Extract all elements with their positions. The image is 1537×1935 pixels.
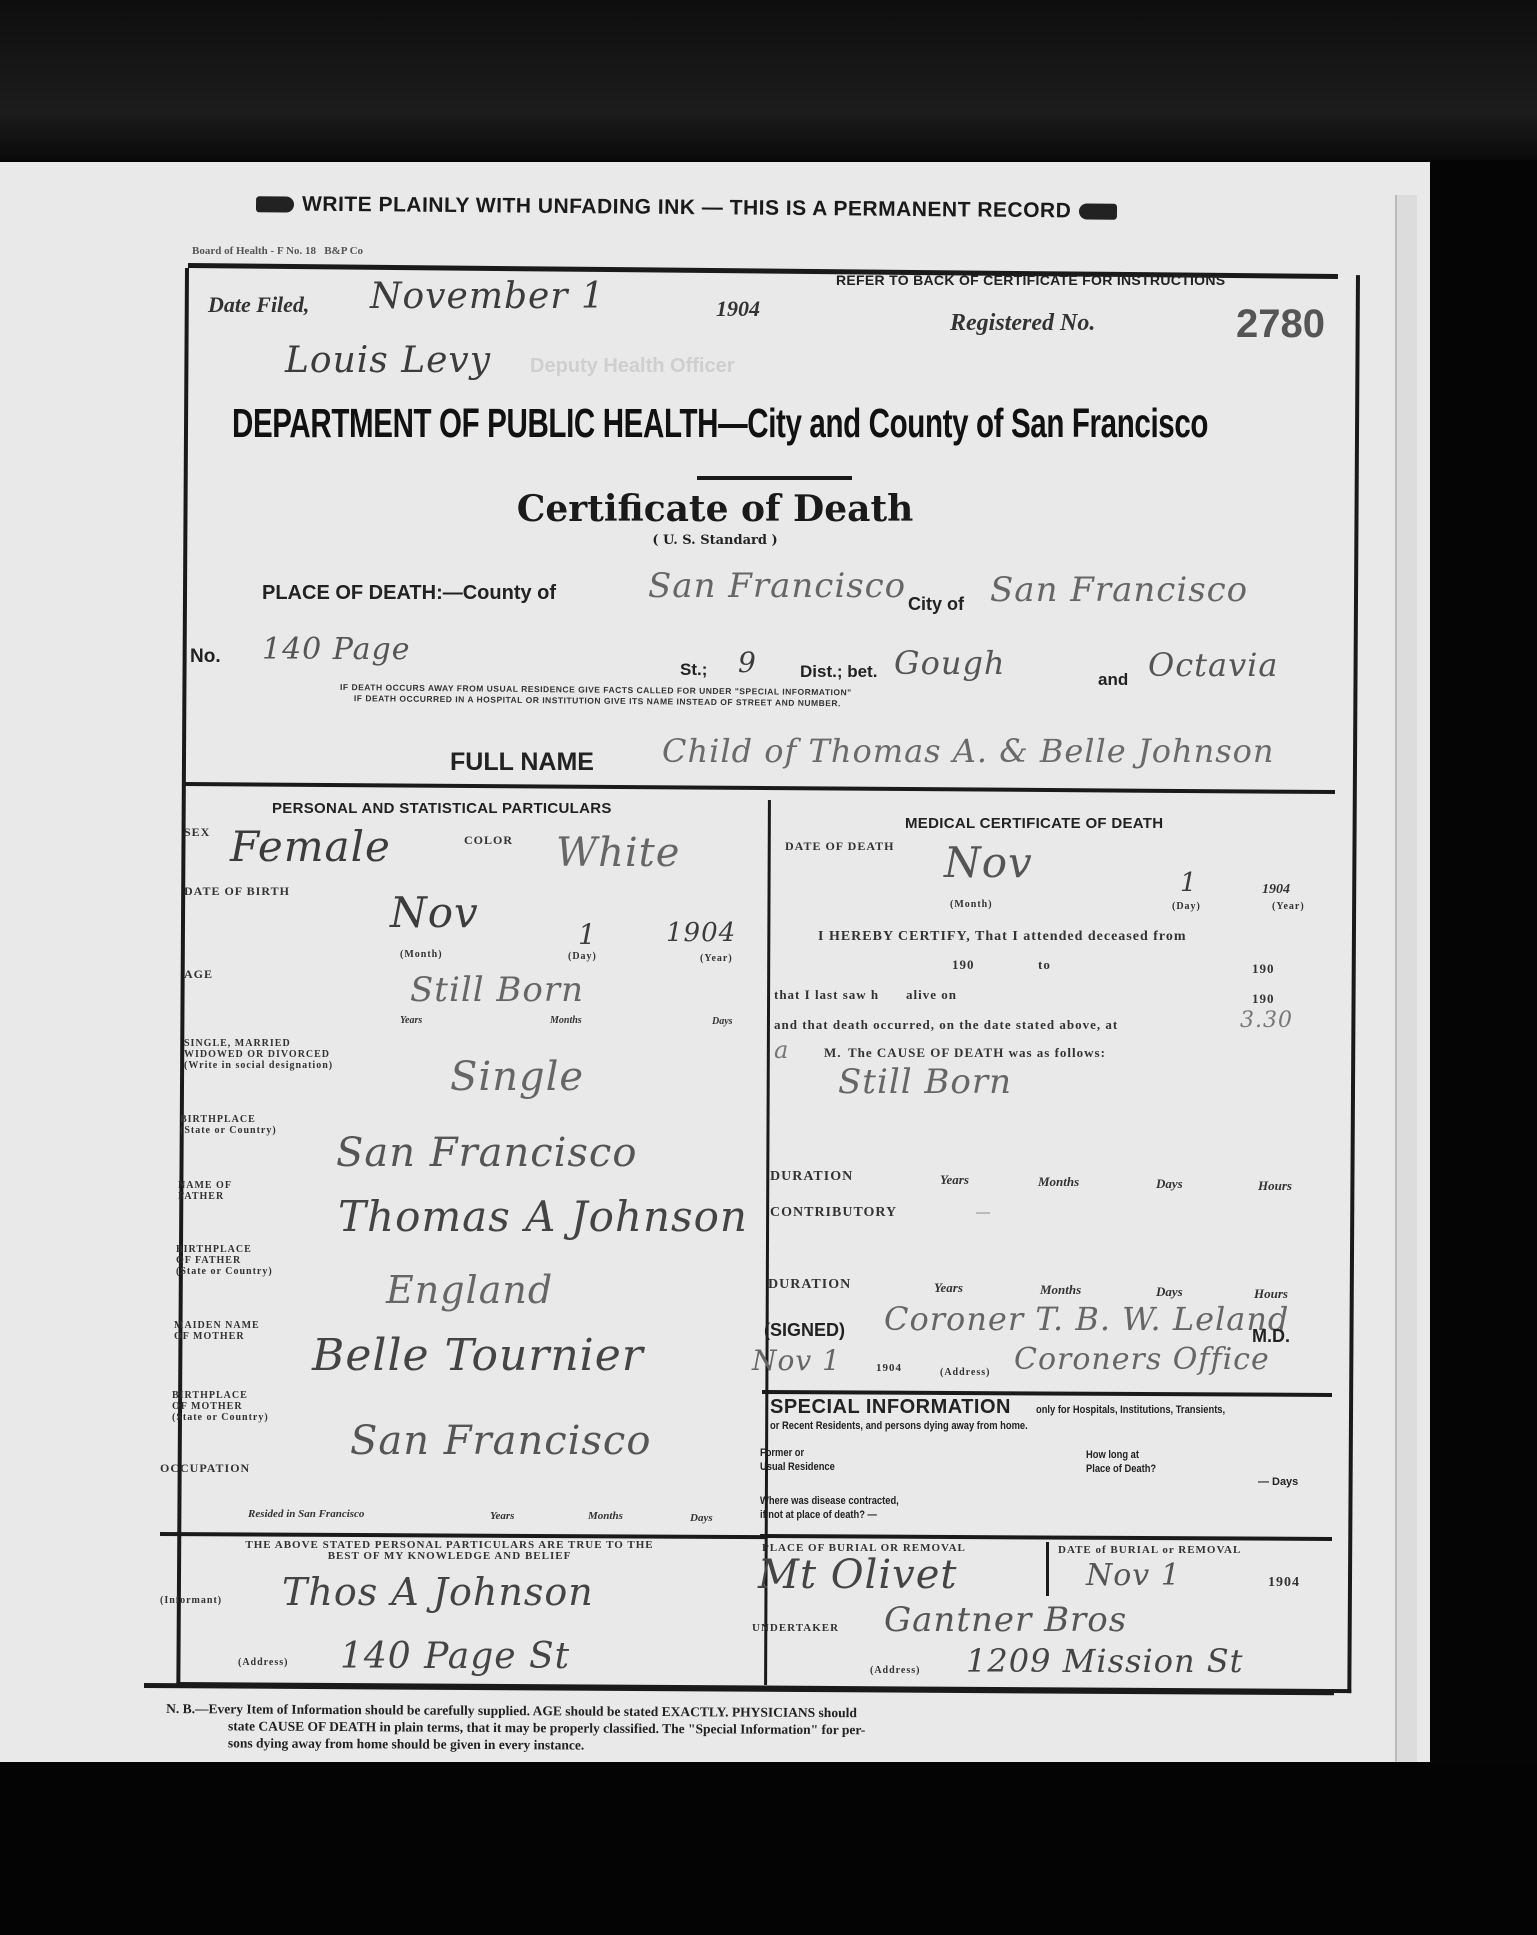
resided-label: Resided in San Francisco	[248, 1508, 364, 1520]
age-days-caption: Days	[712, 1016, 733, 1027]
ward-label: St.;	[680, 660, 707, 680]
full-name-value: Child of Thomas A. & Belle Johnson	[662, 732, 1274, 770]
contracted-value: —	[868, 1509, 877, 1521]
dob-label: DATE OF BIRTH	[184, 885, 290, 898]
mother-label: MAIDEN NAME OF MOTHER	[174, 1320, 260, 1342]
date-filed-value: November 1	[370, 276, 605, 317]
time-meridiem: a	[774, 1036, 789, 1064]
undertaker-value: Gantner Bros	[884, 1600, 1127, 1640]
duration-years-2: Years	[934, 1280, 963, 1296]
age-months-caption: Months	[550, 1015, 582, 1026]
undertaker-address-value: 1209 Mission St	[966, 1642, 1244, 1680]
resided-months: Months	[588, 1510, 623, 1522]
father-birthplace-value: England	[386, 1268, 553, 1312]
nb-label: N. B.—	[166, 1701, 208, 1716]
contracted-label-line-2: if not at place of death?	[760, 1509, 865, 1521]
birthplace-label: BIRTHPLACE (State or Country)	[180, 1114, 277, 1136]
marital-value: Single	[450, 1054, 584, 1100]
duration-years: Years	[940, 1172, 969, 1188]
date-of-death-month: Nov	[944, 838, 1033, 887]
duration-months-2: Months	[1040, 1282, 1081, 1298]
dob-year: 1904	[666, 918, 736, 948]
attended-to-label: to	[1038, 958, 1051, 971]
signed-year: 1904	[876, 1362, 902, 1375]
scan-background-top	[0, 0, 1537, 160]
informant-address-label: (Address)	[238, 1656, 288, 1669]
duration-days-2: Days	[1156, 1284, 1183, 1300]
county-value: San Francisco	[648, 566, 906, 606]
footer-note: N. B.—Every Item of Information should b…	[166, 1700, 1216, 1757]
how-long-label-line-2: Place of Death?	[1086, 1462, 1156, 1476]
marital-label-line-3: (Write in social designation)	[184, 1060, 333, 1071]
pointing-hand-icon	[256, 197, 294, 213]
cause-text: The CAUSE OF DEATH was as follows:	[848, 1046, 1106, 1059]
page-edge	[1395, 195, 1417, 1780]
time-of-death: 3.30	[1240, 1008, 1293, 1033]
filed-year: 1904	[716, 296, 760, 322]
ward-value: 9	[738, 646, 757, 679]
birthplace-label-line-1: BIRTHPLACE	[180, 1114, 277, 1125]
city-value: San Francisco	[990, 570, 1248, 610]
pointing-hand-icon	[1079, 204, 1117, 220]
contracted-label-line-1: Where was disease contracted,	[760, 1494, 899, 1508]
date-filed-label: Date Filed,	[208, 292, 309, 318]
certificate-standard: ( U. S. Standard )	[0, 533, 1430, 548]
city-label: City of	[908, 594, 964, 615]
resided-days: Days	[690, 1512, 713, 1524]
death-occurred-text: and that death occurred, on the date sta…	[774, 1018, 1118, 1031]
duration-days: Days	[1156, 1176, 1183, 1192]
birthplace-value: San Francisco	[336, 1130, 637, 1176]
registrar-signature: Louis Levy	[285, 340, 491, 381]
mother-birthplace-label-line-3: (State or Country)	[172, 1412, 269, 1423]
informant-statement-line-2: BEST OF MY KNOWLEDGE AND BELIEF	[162, 1551, 737, 1562]
attended-to-year: 190	[1252, 962, 1275, 975]
father-birthplace-label-line-1: BIRTHPLACE	[176, 1244, 273, 1255]
contracted-label: Where was disease contracted, if not at …	[760, 1494, 899, 1522]
duration-label: DURATION	[770, 1170, 853, 1183]
father-birthplace-label: BIRTHPLACE OF FATHER (State or Country)	[176, 1244, 273, 1277]
informant-statement: THE ABOVE STATED PERSONAL PARTICULARS AR…	[162, 1540, 737, 1562]
signed-label: (SIGNED)	[764, 1320, 845, 1341]
district-label: Dist.; bet.	[800, 662, 877, 682]
father-label-line-2: FATHER	[178, 1191, 232, 1202]
department-title: DEPARTMENT OF PUBLIC HEALTH—City and Cou…	[232, 400, 1208, 447]
attended-from-year: 190	[952, 958, 975, 971]
dob-month-caption: (Month)	[400, 948, 443, 961]
how-long-label-line-1: How long at	[1086, 1448, 1156, 1462]
special-heading: SPECIAL INFORMATION	[770, 1396, 1011, 1419]
burial-date-label: DATE of BURIAL or REMOVAL	[1058, 1544, 1241, 1557]
contributory-label: CONTRIBUTORY	[770, 1206, 897, 1219]
medical-heading: MEDICAL CERTIFICATE OF DEATH	[905, 815, 1163, 832]
age-years-caption: Years	[400, 1015, 422, 1026]
mother-label-line-2: OF MOTHER	[174, 1331, 260, 1342]
certify-text: I HEREBY CERTIFY, That I attended deceas…	[818, 930, 1187, 943]
former-residence-label-line-1: Former or	[760, 1446, 835, 1460]
sex-label: SEX	[184, 826, 210, 839]
father-value: Thomas A Johnson	[338, 1192, 748, 1241]
form-info: Board of Health - F No. 18 B&P Co	[192, 245, 363, 257]
burial-year: 1904	[1268, 1576, 1300, 1589]
color-label: COLOR	[464, 834, 513, 847]
marital-label: SINGLE, MARRIED WIDOWED OR DIVORCED (Wri…	[184, 1038, 333, 1071]
dod-day-caption: (Day)	[1172, 900, 1201, 913]
mother-birthplace-label-line-1: BIRTHPLACE	[172, 1390, 269, 1401]
title-rule	[697, 476, 852, 480]
occupation-label: OCCUPATION	[160, 1462, 250, 1475]
street-number-value: 140 Page	[262, 632, 410, 667]
duration-months: Months	[1038, 1174, 1079, 1190]
age-label: AGE	[184, 968, 213, 981]
personal-heading: PERSONAL AND STATISTICAL PARTICULARS	[272, 800, 612, 817]
father-birthplace-label-line-3: (State or Country)	[176, 1266, 273, 1277]
date-of-death-year: 1904	[1262, 882, 1290, 898]
burial-date-value: Nov 1	[1086, 1558, 1181, 1593]
certificate-title: Certificate of Death	[0, 488, 1430, 530]
contributory-value: —	[976, 1206, 991, 1219]
burial-place-value: Mt Olivet	[758, 1552, 957, 1598]
dod-month-caption: (Month)	[950, 898, 993, 911]
undertaker-label: UNDERTAKER	[752, 1622, 839, 1635]
printer-mark: B&P Co	[324, 245, 363, 257]
instruction-left: WRITE PLAINLY WITH UNFADING INK	[302, 193, 696, 219]
birthplace-label-line-2: (State or Country)	[180, 1125, 277, 1136]
instruction-right: THIS IS A PERMANENT RECORD	[730, 196, 1072, 222]
informant-address-value: 140 Page St	[340, 1636, 570, 1677]
age-value: Still Born	[410, 970, 584, 1010]
marital-label-line-2: WIDOWED OR DIVORCED	[184, 1049, 333, 1060]
last-saw-text: that I last saw h	[774, 988, 879, 1001]
mother-label-line-1: MAIDEN NAME	[174, 1320, 260, 1331]
special-note-1: only for Hospitals, Institutions, Transi…	[1036, 1404, 1225, 1416]
duration-hours: Hours	[1258, 1178, 1292, 1194]
how-long-label: How long at Place of Death?	[1086, 1448, 1156, 1476]
sig-address-value: Coroners Office	[1014, 1342, 1270, 1377]
mother-birthplace-value: San Francisco	[350, 1418, 651, 1464]
burial-divider	[1046, 1542, 1049, 1596]
sex-value: Female	[230, 822, 391, 871]
informant-label: (Informant)	[160, 1594, 222, 1607]
alive-on-text: alive on	[906, 988, 957, 1001]
undertaker-address-label: (Address)	[870, 1664, 920, 1677]
mother-birthplace-label-line-2: OF MOTHER	[172, 1401, 269, 1412]
place-of-death-label: PLACE OF DEATH:—County of	[262, 582, 556, 605]
date-of-death-day: 1	[1180, 868, 1198, 898]
between-street-1: Gough	[894, 644, 1006, 682]
special-note-2: or Recent Residents, and persons dying a…	[770, 1420, 1028, 1432]
resided-years: Years	[490, 1510, 514, 1522]
father-birthplace-label-line-2: OF FATHER	[176, 1255, 273, 1266]
date-of-death-label: DATE OF DEATH	[785, 840, 894, 853]
street-number-label: No.	[190, 646, 221, 668]
cause-of-death: Still Born	[838, 1062, 1012, 1102]
last-saw-year: 190	[1252, 992, 1275, 1005]
and-label: and	[1098, 670, 1128, 690]
father-label-line-1: NAME OF	[178, 1180, 232, 1191]
physician-signature: Coroner T. B. W. Leland	[884, 1300, 1289, 1338]
meridiem-label: M.	[824, 1046, 842, 1059]
sig-address-label: (Address)	[940, 1366, 990, 1379]
dob-year-caption: (Year)	[700, 952, 733, 965]
mother-value: Belle Tournier	[312, 1330, 644, 1381]
between-street-2: Octavia	[1148, 646, 1278, 684]
how-long-value: —	[1258, 1476, 1269, 1488]
former-residence-label-line-2: Usual Residence	[760, 1460, 835, 1474]
form-number: Board of Health - F No. 18	[192, 245, 316, 257]
registered-number: 2780	[1236, 302, 1325, 347]
color-value: White	[556, 830, 680, 876]
mother-birthplace-label: BIRTHPLACE OF MOTHER (State or Country)	[172, 1390, 269, 1423]
dod-year-caption: (Year)	[1272, 900, 1305, 913]
registered-label: Registered No.	[950, 310, 1095, 337]
how-long-days-label: Days	[1272, 1476, 1298, 1488]
father-label: NAME OF FATHER	[178, 1180, 232, 1202]
dob-day-caption: (Day)	[568, 950, 597, 963]
signed-date: Nov 1	[752, 1344, 841, 1377]
full-name-label: FULL NAME	[450, 748, 594, 777]
dob-day: 1	[578, 918, 597, 951]
informant-value: Thos A Johnson	[282, 1570, 594, 1614]
registrar-stamp: Deputy Health Officer	[530, 355, 734, 378]
former-residence-label: Former or Usual Residence	[760, 1446, 835, 1474]
scan-background-bottom	[0, 1762, 1537, 1935]
marital-label-line-1: SINGLE, MARRIED	[184, 1038, 333, 1049]
dob-month: Nov	[390, 888, 479, 937]
duration-label-2: DURATION	[768, 1278, 851, 1291]
